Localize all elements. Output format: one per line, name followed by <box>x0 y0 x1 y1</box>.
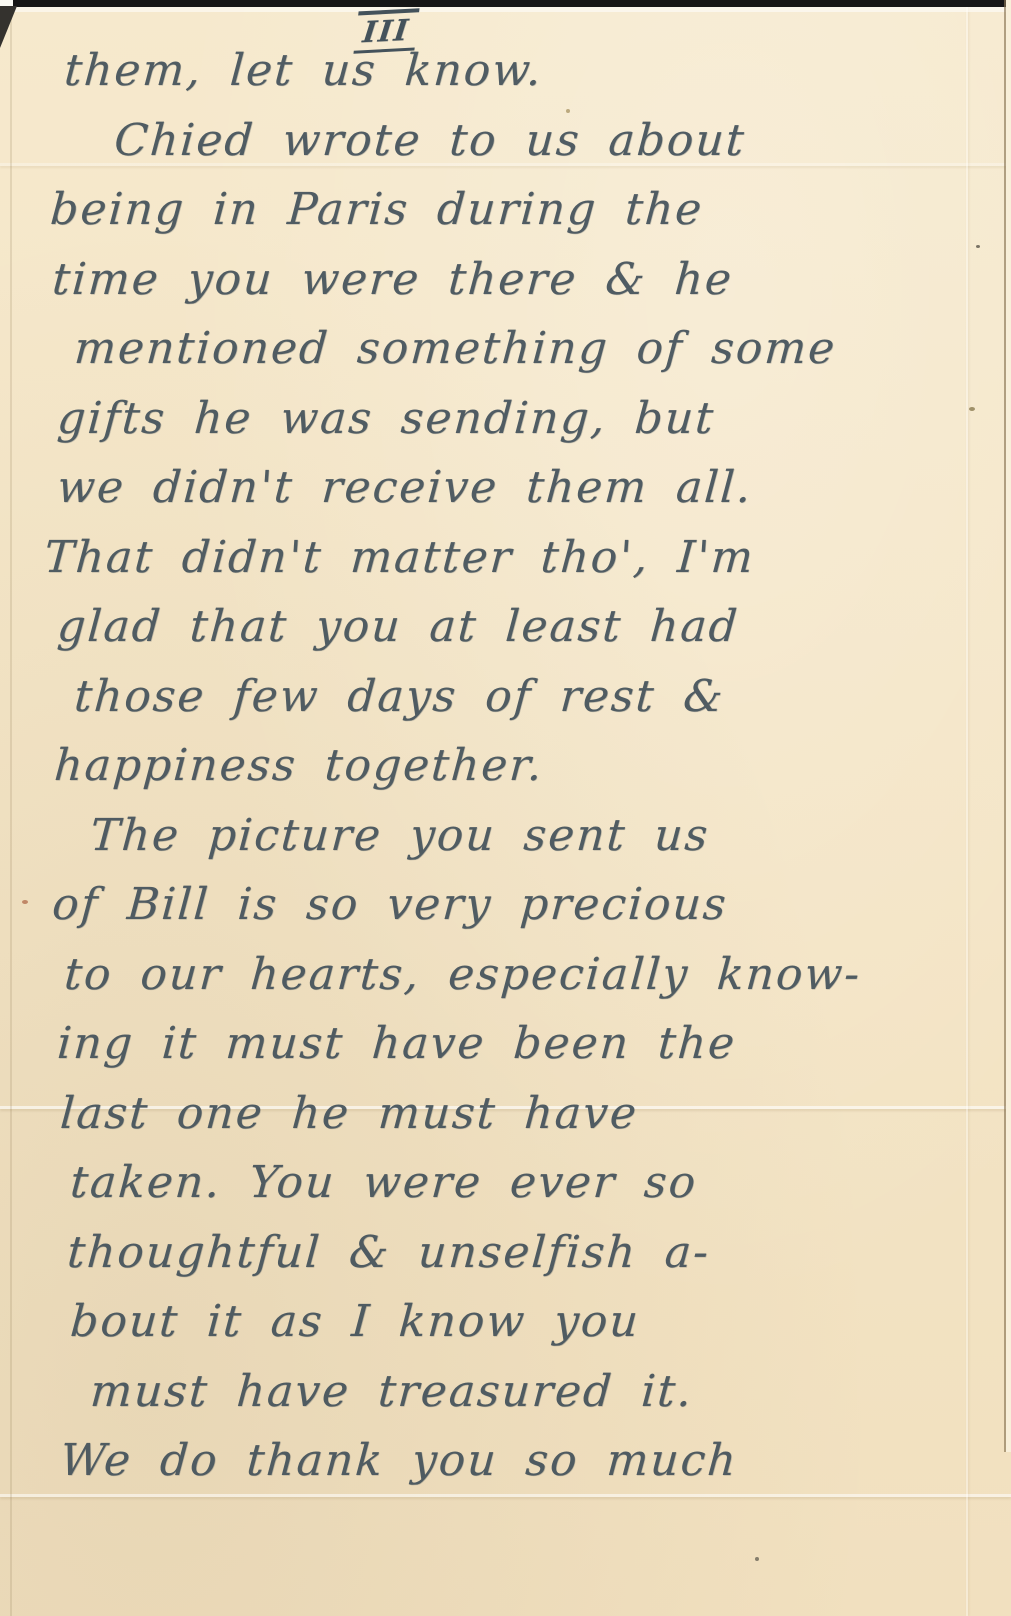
letter-line: we didn't receive them all. <box>55 453 1011 523</box>
letter-line: being in Paris during the <box>48 175 1011 245</box>
letter-line: We do thank you so much <box>58 1426 1011 1496</box>
letter-line: That didn't matter tho', I'm <box>42 523 1011 593</box>
letter-line: Chied wrote to us about <box>112 106 1011 176</box>
letter-line: time you were there & he <box>50 245 1011 315</box>
letter-line: taken. You were ever so <box>68 1148 1011 1218</box>
letter-line: of Bill is so very precious <box>50 870 1011 940</box>
letter-body: them, let us know. Chied wrote to us abo… <box>0 36 1011 1496</box>
scanned-letter-page: III them, let us know. Chied wrote to us… <box>0 0 1011 1616</box>
letter-line: glad that you at least had <box>55 592 1011 662</box>
letter-line: bout it as I know you <box>68 1287 1011 1357</box>
letter-line: them, let us know. <box>62 36 1011 106</box>
letter-line: gifts he was sending, but <box>55 384 1011 454</box>
scanner-edge-strip <box>0 0 1011 7</box>
letter-line: those few days of rest & <box>72 662 1011 732</box>
letter-line: must have treasured it. <box>88 1357 1011 1427</box>
scanner-corner-gap <box>0 0 13 7</box>
letter-line: happiness together. <box>52 731 1011 801</box>
letter-line: thoughtful & unselfish a- <box>65 1218 1011 1288</box>
letter-line: The picture you sent us <box>88 801 1011 871</box>
letter-line: ing it must have been the <box>55 1009 1011 1079</box>
letter-line: last one he must have <box>58 1079 1011 1149</box>
paper-edge-highlight <box>0 7 1011 12</box>
letter-line: to our hearts, especially know- <box>62 940 1011 1010</box>
letter-line: mentioned something of some <box>72 314 1011 384</box>
paper-speck <box>755 1557 759 1561</box>
